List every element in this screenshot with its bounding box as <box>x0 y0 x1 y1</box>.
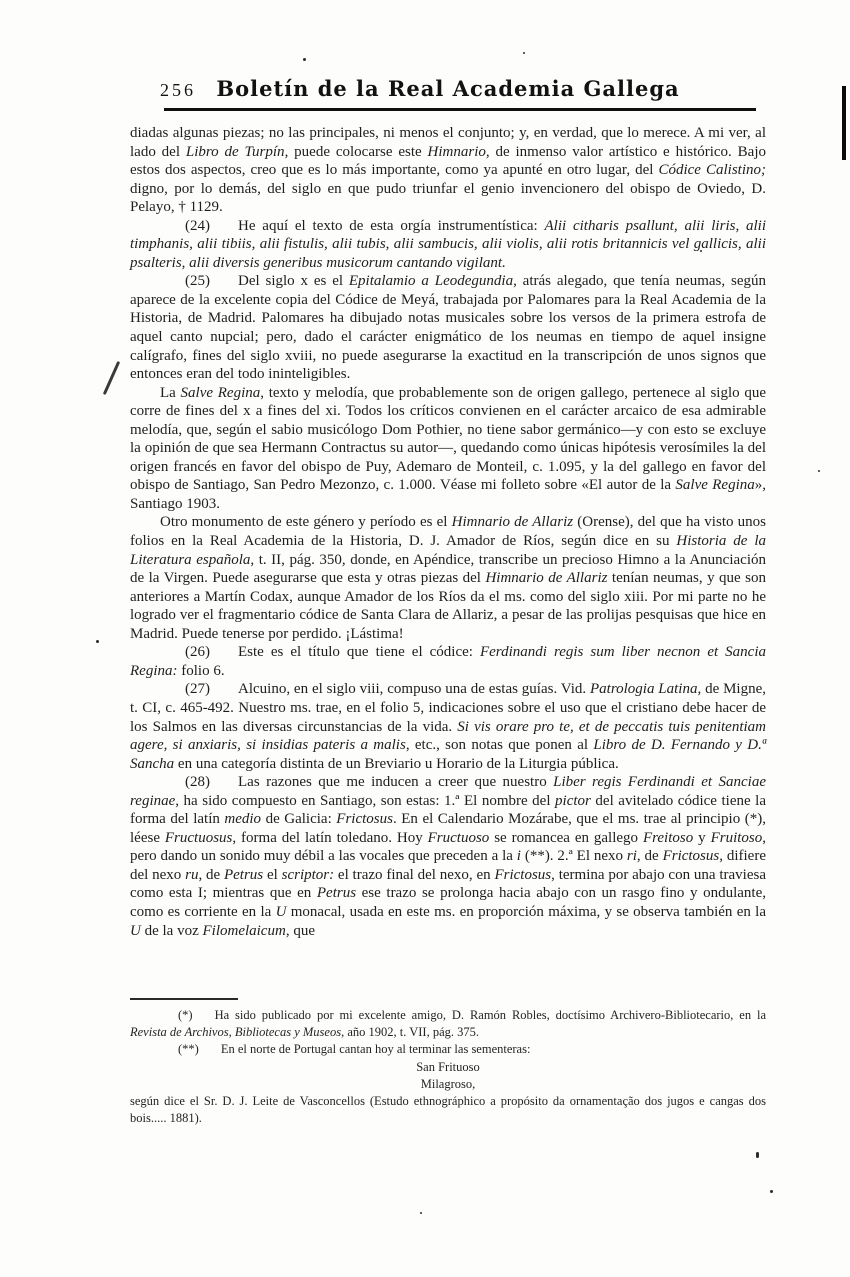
text-run: La <box>160 385 181 401</box>
text-run: , que <box>286 923 315 939</box>
text-run: el trazo final del nexo, en <box>334 867 494 883</box>
scan-speck <box>700 250 702 252</box>
note-number: (24) <box>185 218 210 234</box>
footnote-verse: San FrituosoMilagroso, <box>130 1059 766 1092</box>
text-run: Las razones que me inducen a creer que n… <box>238 774 553 790</box>
text-run: de Galicia: <box>261 811 336 827</box>
text-run: U <box>130 923 141 939</box>
text-run: , forma del latín toledano. Hoy <box>232 830 427 846</box>
text-run: , atrás alegado, que tenía neumas, según… <box>130 273 766 382</box>
text-run: Petrus <box>317 885 356 901</box>
text-run: Frictosus <box>494 867 551 883</box>
text-run: , ha sido compuesto en Santiago, son est… <box>175 793 555 809</box>
journal-title: Boletín de la Real Academia Gallega <box>130 76 766 101</box>
text-run: ru <box>185 867 198 883</box>
text-run: , de <box>198 867 224 883</box>
scan-speck <box>818 470 820 472</box>
text-run: Otro monumento de este género y período … <box>160 514 452 530</box>
paragraph: (27)Alcuino, en el siglo viii, compuso u… <box>130 680 766 773</box>
verse-line: Milagroso, <box>130 1076 766 1093</box>
paragraph: (24)He aquí el texto de esta orgía instr… <box>130 217 766 273</box>
text-run: En el norte de Portugal cantan hoy al te… <box>221 1042 531 1056</box>
scan-speck <box>303 58 306 61</box>
text-run: He aquí el texto de esta orgía instrumen… <box>238 218 545 234</box>
text-run: , de <box>637 848 663 864</box>
footnote-separator-rule <box>130 998 238 1000</box>
footnotes-section: (*)Ha sido publicado por mi excelente am… <box>130 998 766 1127</box>
note-number: (28) <box>185 774 210 790</box>
text-run: según dice el Sr. D. J. Leite de Vasconc… <box>130 1094 766 1125</box>
text-run: pictor <box>555 793 591 809</box>
text-run: Freitoso <box>643 830 693 846</box>
header-rule <box>164 108 756 111</box>
text-run: Este es el título que tiene el códice: <box>238 644 480 660</box>
text-run: Fruitoso <box>711 830 763 846</box>
paragraph: diadas algunas piezas; no las principale… <box>130 124 766 217</box>
text-run: Del siglo x es el <box>238 273 349 289</box>
text-run: Filomelaicum <box>202 923 285 939</box>
body-paragraphs: diadas algunas piezas; no las principale… <box>130 124 766 940</box>
text-run: , puede colocarse este <box>285 144 428 160</box>
text-run: el <box>263 867 281 883</box>
text-run: digno, por lo demás, del siglo en que pu… <box>130 181 766 216</box>
paragraph: (28)Las razones que me inducen a creer q… <box>130 773 766 940</box>
scan-speck <box>420 1212 422 1214</box>
text-run: Salve Regina <box>675 477 754 493</box>
text-run: Ha sido publicado por mi excelente amigo… <box>215 1008 766 1022</box>
note-number: (**) <box>178 1042 199 1056</box>
text-run: Libro de Turpín <box>186 144 285 160</box>
text-run: Patrologia Latina <box>590 681 697 697</box>
paragraph: La Salve Regina, texto y melodía, que pr… <box>130 384 766 514</box>
text-run: Revista de Archivos, Bibliotecas y Museo… <box>130 1025 341 1039</box>
paragraph: Otro monumento de este género y período … <box>130 513 766 643</box>
text-run: scriptor: <box>282 867 335 883</box>
scanned-page: 256 Boletín de la Real Academia Gallega … <box>0 0 850 1277</box>
text-run: Salve Regina <box>181 385 261 401</box>
scan-artifact-slash-mark <box>103 361 120 395</box>
footnote: (**)En el norte de Portugal cantan hoy a… <box>130 1041 766 1058</box>
text-run: (**). 2.ª El nexo <box>521 848 627 864</box>
note-number: (*) <box>178 1008 193 1022</box>
text-run: medio <box>224 811 261 827</box>
verse-line: San Frituoso <box>130 1059 766 1076</box>
text-run: Himnario <box>428 144 486 160</box>
text-run: Himnario de Allariz <box>485 570 607 586</box>
text-run: Frictosus <box>663 848 720 864</box>
footnotes: (*)Ha sido publicado por mi excelente am… <box>130 1007 766 1127</box>
footnote: según dice el Sr. D. J. Leite de Vasconc… <box>130 1093 766 1127</box>
text-run: en una categoría distinta de un Breviari… <box>174 756 619 772</box>
text-run: , etc., son notas que ponen al <box>406 737 594 753</box>
text-run: ri <box>627 848 637 864</box>
text-run: Epitalamio a Leodegundia <box>349 273 513 289</box>
text-run: Códice Calistino; <box>658 162 766 178</box>
paragraph: (25)Del siglo x es el Epitalamio a Leode… <box>130 272 766 383</box>
text-run: U <box>276 904 287 920</box>
text-run: Alcuino, en el siglo viii, compuso una d… <box>238 681 590 697</box>
scan-speck <box>96 640 99 643</box>
text-run: Fructuoso <box>428 830 490 846</box>
text-run: Frictosus <box>336 811 393 827</box>
footnote: (*)Ha sido publicado por mi excelente am… <box>130 1007 766 1041</box>
note-number: (27) <box>185 681 210 697</box>
paragraph: (26)Este es el título que tiene el códic… <box>130 643 766 680</box>
scan-speck <box>756 1152 759 1158</box>
text-run: , año 1902, t. VII, pág. 375. <box>341 1025 479 1039</box>
scan-speck <box>770 1190 773 1193</box>
scan-speck <box>523 52 525 54</box>
text-run: de la voz <box>141 923 203 939</box>
text-run: monacal, usada en este ms. en proporción… <box>286 904 766 920</box>
note-number: (25) <box>185 273 210 289</box>
note-number: (26) <box>185 644 210 660</box>
text-run: Himnario de Allariz <box>452 514 573 530</box>
text-run: Petrus <box>224 867 263 883</box>
text-run: y <box>693 830 710 846</box>
text-run: folio 6. <box>177 663 224 679</box>
scan-artifact-vertical-bar <box>842 86 846 160</box>
text-run: Fructuosus <box>165 830 233 846</box>
text-run: se romancea en gallego <box>489 830 643 846</box>
